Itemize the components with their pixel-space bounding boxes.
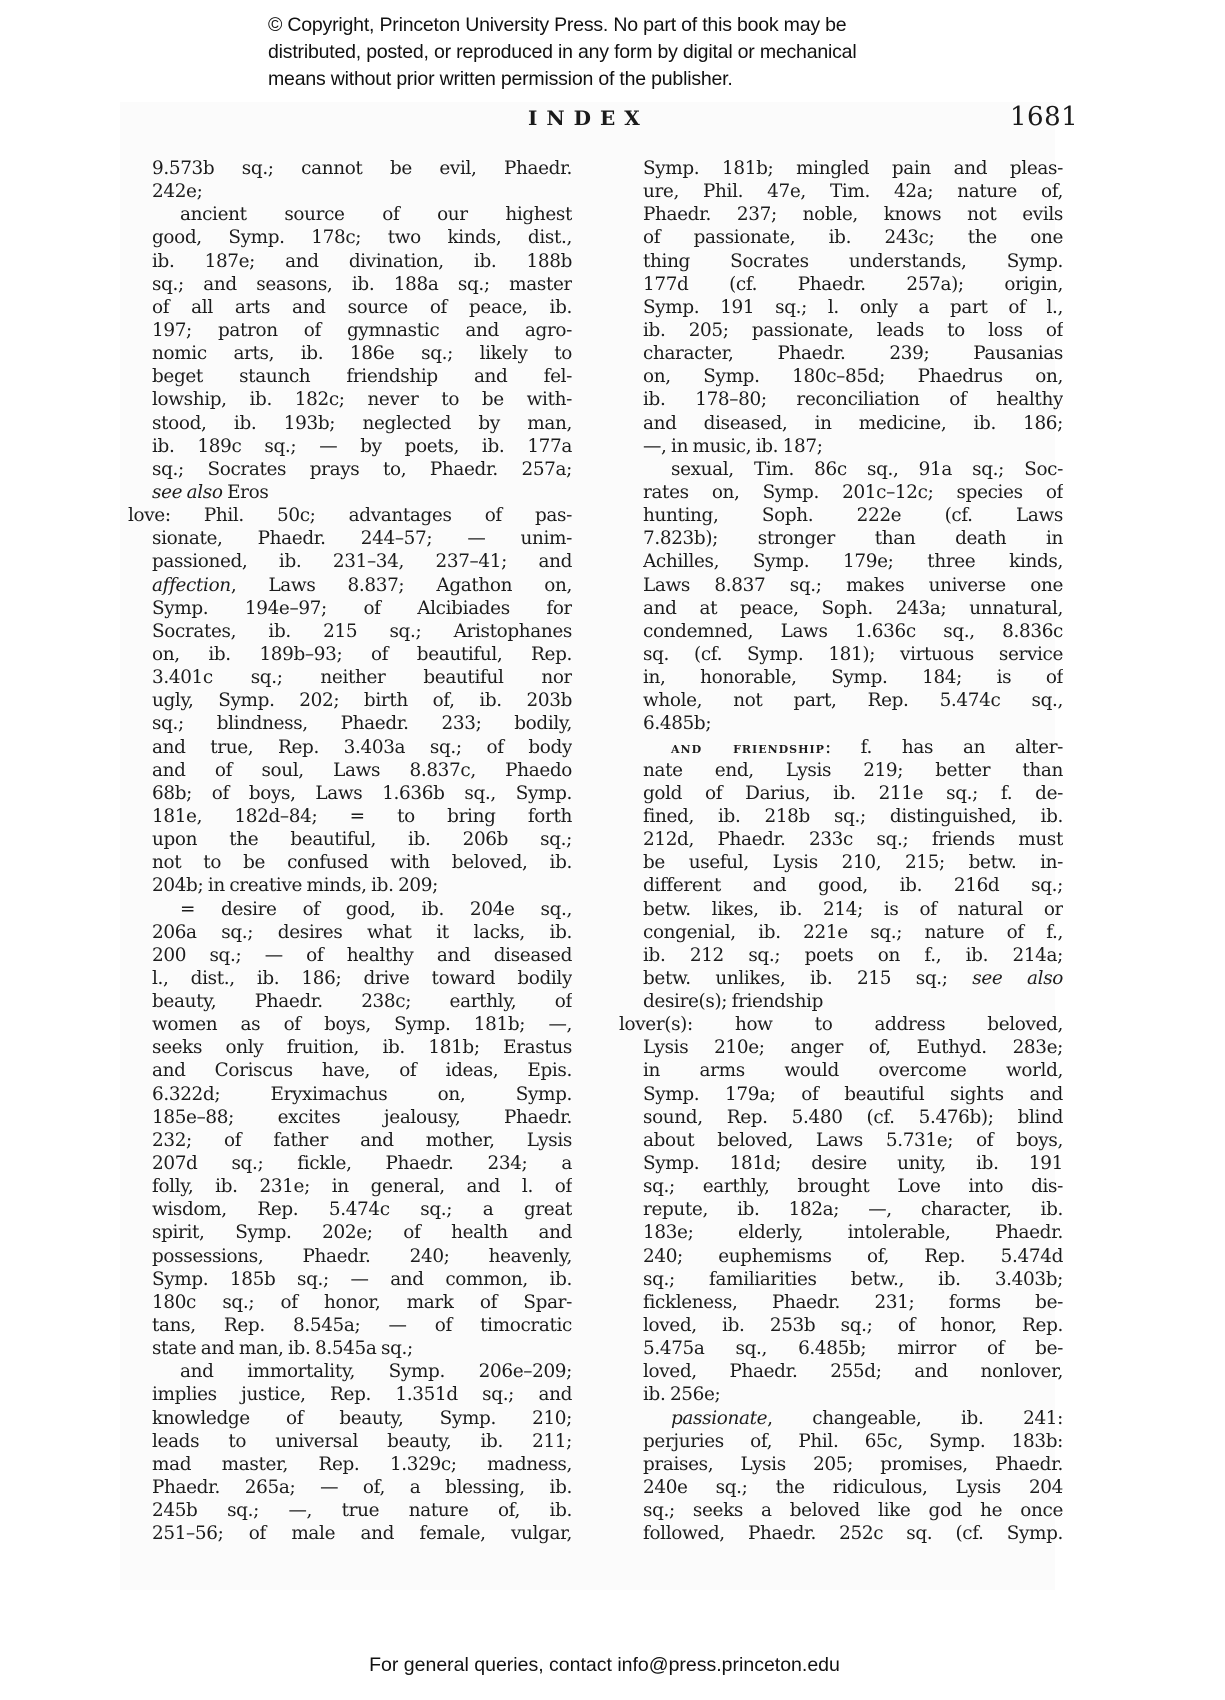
index-line: seeks only fruition, ib. 181b; Erastus [152, 1036, 572, 1059]
index-line: Laws 8.837 sq.; makes universe one [643, 574, 1063, 597]
index-line: 185e–88; excites jealousy, Phaedr. [152, 1106, 572, 1129]
index-line: possessions, Phaedr. 240; heavenly, [152, 1245, 572, 1268]
index-line: —, in music, ib. 187; [643, 435, 1063, 458]
index-line: 181e, 182d–84; = to bring forth [152, 805, 572, 828]
index-line: 200 sq.; — of healthy and diseased [152, 944, 572, 967]
running-head-title: INDEX [528, 106, 649, 130]
index-line: leads to universal beauty, ib. 211; [152, 1430, 572, 1453]
index-line: tans, Rep. 8.545a; — of timocratic [152, 1314, 572, 1337]
index-line: 206a sq.; desires what it lacks, ib. [152, 921, 572, 944]
index-line: 6.322d; Eryximachus on, Symp. [152, 1083, 572, 1106]
index-line: sq.; and seasons, ib. 188a sq.; master [152, 273, 572, 296]
index-line: ure, Phil. 47e, Tim. 42a; nature of, [643, 180, 1063, 203]
index-line: sq.; blindness, Phaedr. 233; bodily, [152, 712, 572, 735]
copyright-line: means without prior written permission o… [268, 66, 988, 93]
index-line: 177d (cf. Phaedr. 257a); origin, [643, 273, 1063, 296]
index-line: whole, not part, Rep. 5.474c sq., [643, 689, 1063, 712]
index-line: of passionate, ib. 243c; the one [643, 226, 1063, 249]
index-line: good, Symp. 178c; two kinds, dist., [152, 226, 572, 249]
index-line: and of soul, Laws 8.837c, Phaedo [152, 759, 572, 782]
index-line: be useful, Lysis 210, 215; betw. in- [643, 851, 1063, 874]
index-line: 183e; elderly, intolerable, Phaedr. [643, 1221, 1063, 1244]
index-line: and diseased, in medicine, ib. 186; [643, 412, 1063, 435]
index-line: sq. (cf. Symp. 181); virtuous service [643, 643, 1063, 666]
index-line: and at peace, Soph. 243a; unnatural, [643, 597, 1063, 620]
index-line: Lysis 210e; anger of, Euthyd. 283e; [643, 1036, 1063, 1059]
index-line: congenial, ib. 221e sq.; nature of f., [643, 921, 1063, 944]
index-line: beauty, Phaedr. 238c; earthly, of [152, 990, 572, 1013]
index-line: Symp. 179a; of beautiful sights and [643, 1083, 1063, 1106]
index-line: nate end, Lysis 219; better than [643, 759, 1063, 782]
index-line: Symp. 194e–97; of Alcibiades for [152, 597, 572, 620]
index-line: 9.573b sq.; cannot be evil, Phaedr. [152, 157, 572, 180]
index-line: and immortality, Symp. 206e–209; [152, 1360, 572, 1383]
index-column-right: Symp. 181b; mingled pain and pleas-ure, … [643, 157, 1063, 1545]
index-line: not to be confused with beloved, ib. [152, 851, 572, 874]
index-line: stood, ib. 193b; neglected by man, [152, 412, 572, 435]
index-line: state and man, ib. 8.545a sq.; [152, 1337, 572, 1360]
index-line: perjuries of, Phil. 65c, Symp. 183b: [643, 1430, 1063, 1453]
index-line: 242e; [152, 180, 572, 203]
index-line: sexual, Tim. 86c sq., 91a sq.; Soc- [643, 458, 1063, 481]
index-line: passionate, changeable, ib. 241: [643, 1407, 1063, 1430]
index-line: implies justice, Rep. 1.351d sq.; and [152, 1383, 572, 1406]
index-entry-heading: love: Phil. 50c; advantages of pas- [128, 504, 572, 527]
index-line: 207d sq.; fickle, Phaedr. 234; a [152, 1152, 572, 1175]
index-line: upon the beautiful, ib. 206b sq.; [152, 828, 572, 851]
index-line: Achilles, Symp. 179e; three kinds, [643, 550, 1063, 573]
index-line: see also Eros [152, 481, 572, 504]
index-line: wisdom, Rep. 5.474c sq.; a great [152, 1198, 572, 1221]
index-line: Phaedr. 237; noble, knows not evils [643, 203, 1063, 226]
index-line: 240; euphemisms of, Rep. 5.474d [643, 1245, 1063, 1268]
index-line: 245b sq.; —, true nature of, ib. [152, 1499, 572, 1522]
index-line: ib. 212 sq.; poets on f., ib. 214a; [643, 944, 1063, 967]
index-line: 3.401c sq.; neither beautiful nor [152, 666, 572, 689]
index-line: hunting, Soph. 222e (cf. Laws [643, 504, 1063, 527]
index-line: ib. 205; passionate, leads to loss of [643, 319, 1063, 342]
index-line: ib. 256e; [643, 1383, 1063, 1406]
index-line: about beloved, Laws 5.731e; of boys, [643, 1129, 1063, 1152]
index-line: different and good, ib. 216d sq.; [643, 874, 1063, 897]
index-line: ancient source of our highest [152, 203, 572, 226]
index-line: and friendship: f. has an alter- [643, 736, 1063, 759]
index-line: 6.485b; [643, 712, 1063, 735]
index-line: beget staunch friendship and fel- [152, 365, 572, 388]
index-line: Symp. 181d; desire unity, ib. 191 [643, 1152, 1063, 1175]
index-line: fined, ib. 218b sq.; distinguished, ib. [643, 805, 1063, 828]
index-line: passioned, ib. 231–34, 237–41; and [152, 550, 572, 573]
index-line: loved, ib. 253b sq.; of honor, Rep. [643, 1314, 1063, 1337]
index-line: l., dist., ib. 186; drive toward bodily [152, 967, 572, 990]
index-line: and Coriscus have, of ideas, Epis. [152, 1059, 572, 1082]
index-line: knowledge of beauty, Symp. 210; [152, 1407, 572, 1430]
index-line: sound, Rep. 5.480 (cf. 5.476b); blind [643, 1106, 1063, 1129]
index-line: in arms would overcome world, [643, 1059, 1063, 1082]
index-line: spirit, Symp. 202e; of health and [152, 1221, 572, 1244]
index-line: ib. 189c sq.; — by poets, ib. 177a [152, 435, 572, 458]
index-line: Symp. 181b; mingled pain and pleas- [643, 157, 1063, 180]
copyright-line: distributed, posted, or reproduced in an… [268, 39, 988, 66]
index-line: 240e sq.; the ridiculous, Lysis 204 [643, 1476, 1063, 1499]
index-line: sq.; seeks a beloved like god he once [643, 1499, 1063, 1522]
index-line: ugly, Symp. 202; birth of, ib. 203b [152, 689, 572, 712]
index-line: thing Socrates understands, Symp. [643, 250, 1063, 273]
index-line: 212d, Phaedr. 233c sq.; friends must [643, 828, 1063, 851]
index-line: = desire of good, ib. 204e sq., [152, 898, 572, 921]
index-line: on, ib. 189b–93; of beautiful, Rep. [152, 643, 572, 666]
index-line: sq.; familiarities betw., ib. 3.403b; [643, 1268, 1063, 1291]
index-line: Phaedr. 265a; — of, a blessing, ib. [152, 1476, 572, 1499]
index-line: 251–56; of male and female, vulgar, [152, 1522, 572, 1545]
index-line: on, Symp. 180c–85d; Phaedrus on, [643, 365, 1063, 388]
footer-contact: For general queries, contact info@press.… [0, 1654, 1217, 1677]
index-line: nomic arts, ib. 186e sq.; likely to [152, 342, 572, 365]
index-line: Socrates, ib. 215 sq.; Aristophanes [152, 620, 572, 643]
index-line: mad master, Rep. 1.329c; madness, [152, 1453, 572, 1476]
index-line: and true, Rep. 3.403a sq.; of body [152, 736, 572, 759]
index-line: lowship, ib. 182c; never to be with- [152, 388, 572, 411]
index-line: of all arts and source of peace, ib. [152, 296, 572, 319]
index-line: 204b; in creative minds, ib. 209; [152, 874, 572, 897]
index-entry-heading: lover(s): how to address beloved, [619, 1013, 1063, 1036]
index-line: 7.823b); stronger than death in [643, 527, 1063, 550]
index-line: folly, ib. 231e; in general, and l. of [152, 1175, 572, 1198]
index-line: fickleness, Phaedr. 231; forms be- [643, 1291, 1063, 1314]
copyright-line: © Copyright, Princeton University Press.… [268, 12, 988, 39]
index-column-left: 9.573b sq.; cannot be evil, Phaedr.242e;… [152, 157, 572, 1545]
index-line: rates on, Symp. 201c–12c; species of [643, 481, 1063, 504]
copyright-notice: © Copyright, Princeton University Press.… [268, 12, 988, 93]
index-line: followed, Phaedr. 252c sq. (cf. Symp. [643, 1522, 1063, 1545]
index-line: Symp. 191 sq.; l. only a part of l., [643, 296, 1063, 319]
index-line: desire(s); friendship [643, 990, 1063, 1013]
index-line: Symp. 185b sq.; — and common, ib. [152, 1268, 572, 1291]
index-line: ib. 178–80; reconciliation of healthy [643, 388, 1063, 411]
index-line: gold of Darius, ib. 211e sq.; f. de- [643, 782, 1063, 805]
index-line: 5.475a sq., 6.485b; mirror of be- [643, 1337, 1063, 1360]
index-line: 68b; of boys, Laws 1.636b sq., Symp. [152, 782, 572, 805]
index-line: sq.; earthly, brought Love into dis- [643, 1175, 1063, 1198]
index-line: condemned, Laws 1.636c sq., 8.836c [643, 620, 1063, 643]
index-line: 197; patron of gymnastic and agro- [152, 319, 572, 342]
index-line: loved, Phaedr. 255d; and nonlover, [643, 1360, 1063, 1383]
index-line: 180c sq.; of honor, mark of Spar- [152, 1291, 572, 1314]
index-line: praises, Lysis 205; promises, Phaedr. [643, 1453, 1063, 1476]
index-line: affection, Laws 8.837; Agathon on, [152, 574, 572, 597]
index-line: ib. 187e; and divination, ib. 188b [152, 250, 572, 273]
index-line: in, honorable, Symp. 184; is of [643, 666, 1063, 689]
index-line: sq.; Socrates prays to, Phaedr. 257a; [152, 458, 572, 481]
page-number: 1681 [1010, 102, 1078, 132]
index-line: betw. likes, ib. 214; is of natural or [643, 898, 1063, 921]
index-line: repute, ib. 182a; —, character, ib. [643, 1198, 1063, 1221]
index-line: sionate, Phaedr. 244–57; — unim- [152, 527, 572, 550]
index-line: women as of boys, Symp. 181b; —, [152, 1013, 572, 1036]
index-line: betw. unlikes, ib. 215 sq.; see also [643, 967, 1063, 990]
index-line: character, Phaedr. 239; Pausanias [643, 342, 1063, 365]
index-line: 232; of father and mother, Lysis [152, 1129, 572, 1152]
